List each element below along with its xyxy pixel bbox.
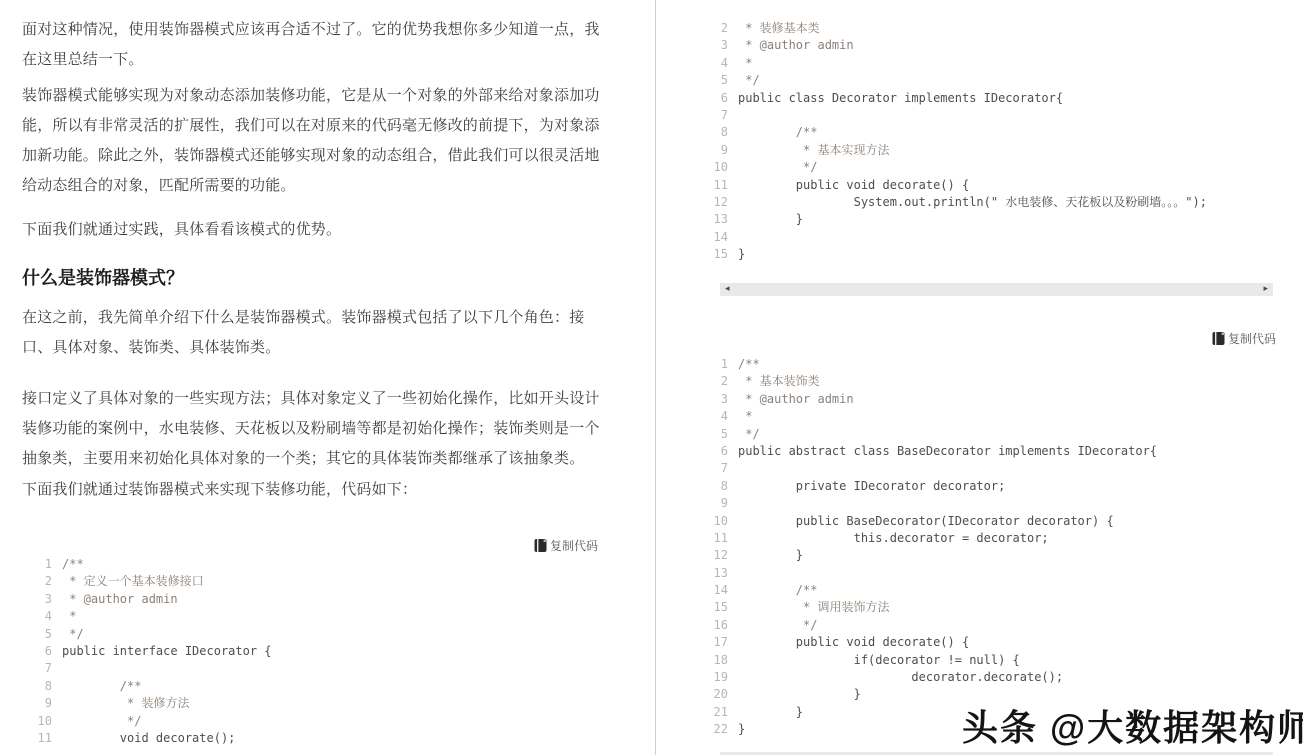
code-line: 19 decorator.decorate(); <box>680 669 1280 686</box>
code-line: 13 } <box>680 211 1280 228</box>
code-line: 4 * <box>680 55 1280 72</box>
paragraph-practice: 下面我们就通过实践，具体看看该模式的优势。 <box>22 215 600 245</box>
code-line: 2 * 定义一个基本装修接口 <box>22 573 622 590</box>
code-line: 2 * 基本装饰类 <box>680 373 1280 390</box>
line-number: 4 <box>680 408 728 425</box>
line-number: 11 <box>680 177 728 194</box>
code-line: 1/** <box>22 556 622 573</box>
code-line: 3 * @author admin <box>680 391 1280 408</box>
line-number: 1 <box>22 556 52 573</box>
code-line: 9 * 装修方法 <box>22 695 622 712</box>
code-line: 13 <box>680 565 1280 582</box>
code-line: 11 this.decorator = decorator; <box>680 530 1280 547</box>
code-line: 9 <box>680 495 1280 512</box>
code-line: 5 */ <box>680 426 1280 443</box>
copy-code-label: 复制代码 <box>1228 332 1276 346</box>
code-line: 12 System.out.println(" 水电装修、天花板以及粉刷墙。。。… <box>680 194 1280 211</box>
line-number: 9 <box>22 695 52 712</box>
scroll-right-arrow-icon[interactable]: ▸ <box>1263 283 1268 296</box>
horizontal-scrollbar[interactable]: ◂ ▸ <box>720 283 1273 296</box>
code-text: } <box>738 211 803 228</box>
code-text: public class Decorator implements IDecor… <box>738 90 1063 107</box>
copy-code-button-left[interactable]: 复制代码 <box>22 538 598 554</box>
code-text: * <box>62 608 76 625</box>
code-line: 8 private IDecorator decorator; <box>680 478 1280 495</box>
column-divider <box>655 0 656 755</box>
code-line: 5 */ <box>680 72 1280 89</box>
code-line: 14 /** <box>680 582 1280 599</box>
section-heading: 什么是装饰器模式？ <box>22 266 600 290</box>
code-block-idecorator: 1/**2 * 定义一个基本装修接口3 * @author admin4 *5 … <box>22 556 622 747</box>
code-text: System.out.println(" 水电装修、天花板以及粉刷墙。。。"); <box>738 194 1207 211</box>
line-number: 2 <box>22 573 52 590</box>
code-line: 7 <box>680 107 1280 124</box>
code-text: * @author admin <box>738 391 854 408</box>
line-number: 13 <box>680 211 728 228</box>
code-line: 8 /** <box>680 124 1280 141</box>
code-block-basedecorator: 1/**2 * 基本装饰类3 * @author admin4 *5 */6pu… <box>680 356 1280 739</box>
watermark: 头条 @大数据架构师 <box>962 700 1303 751</box>
code-line: 7 <box>680 460 1280 477</box>
code-text: public void decorate() { <box>738 634 969 651</box>
line-number: 10 <box>22 713 52 730</box>
code-text: */ <box>738 159 817 176</box>
code-line: 15 * 调用装饰方法 <box>680 599 1280 616</box>
code-text: /** <box>738 582 817 599</box>
line-number: 14 <box>680 229 728 246</box>
line-number: 17 <box>680 634 728 651</box>
code-text: /** <box>738 124 817 141</box>
code-text: * <box>738 55 752 72</box>
code-text: public interface IDecorator { <box>62 643 272 660</box>
code-line: 1/** <box>680 356 1280 373</box>
code-line: 14 <box>680 229 1280 246</box>
code-text: /** <box>62 556 84 573</box>
paragraph-intro: 面对这种情况，使用装饰器模式应该再合适不过了。它的优势我想你多少知道一点，我在这… <box>22 15 600 75</box>
paragraph-code-intro: 下面我们就通过装饰器模式来实现下装修功能，代码如下： <box>22 475 600 505</box>
code-line: 3 * @author admin <box>680 37 1280 54</box>
code-line: 15} <box>680 246 1280 263</box>
line-number: 3 <box>22 591 52 608</box>
line-number: 13 <box>680 565 728 582</box>
code-text: * @author admin <box>738 37 854 54</box>
code-text: * @author admin <box>62 591 178 608</box>
line-number: 16 <box>680 617 728 634</box>
code-line: 11 public void decorate() { <box>680 177 1280 194</box>
line-number: 9 <box>680 495 728 512</box>
code-line: 6public abstract class BaseDecorator imp… <box>680 443 1280 460</box>
line-number: 11 <box>680 530 728 547</box>
line-number: 6 <box>22 643 52 660</box>
code-text: */ <box>62 626 84 643</box>
code-text: */ <box>62 713 141 730</box>
copy-icon <box>1212 331 1225 346</box>
code-block-decorator: 2 * 装修基本类3 * @author admin4 *5 */6public… <box>680 20 1280 263</box>
line-number: 6 <box>680 90 728 107</box>
code-text: } <box>738 246 745 263</box>
code-line: 10 public BaseDecorator(IDecorator decor… <box>680 513 1280 530</box>
code-text: * 调用装饰方法 <box>738 599 889 616</box>
code-text: decorator.decorate(); <box>738 669 1063 686</box>
code-line: 16 */ <box>680 617 1280 634</box>
line-number: 5 <box>680 426 728 443</box>
code-text: * 基本实现方法 <box>738 142 889 159</box>
code-text: * 定义一个基本装修接口 <box>62 573 204 590</box>
line-number: 15 <box>680 246 728 263</box>
line-number: 1 <box>680 356 728 373</box>
code-text: /** <box>738 356 760 373</box>
code-line: 5 */ <box>22 626 622 643</box>
paragraph-roles: 在这之前，我先简单介绍下什么是装饰器模式。装饰器模式包括了以下几个角色：接口、具… <box>22 303 600 363</box>
code-text: if(decorator != null) { <box>738 652 1020 669</box>
line-number: 8 <box>680 124 728 141</box>
line-number: 6 <box>680 443 728 460</box>
copy-code-button-right[interactable]: 复制代码 <box>700 331 1276 347</box>
code-text: */ <box>738 617 817 634</box>
code-line: 2 * 装修基本类 <box>680 20 1280 37</box>
line-number: 7 <box>680 107 728 124</box>
code-line: 6public class Decorator implements IDeco… <box>680 90 1280 107</box>
line-number: 4 <box>22 608 52 625</box>
code-text: public BaseDecorator(IDecorator decorato… <box>738 513 1114 530</box>
line-number: 15 <box>680 599 728 616</box>
line-number: 8 <box>680 478 728 495</box>
line-number: 12 <box>680 194 728 211</box>
line-number: 10 <box>680 513 728 530</box>
code-line: 4 * <box>680 408 1280 425</box>
code-text: * 基本装饰类 <box>738 373 820 390</box>
code-text: private IDecorator decorator; <box>738 478 1005 495</box>
line-number: 10 <box>680 159 728 176</box>
line-number: 4 <box>680 55 728 72</box>
code-text: } <box>738 704 803 721</box>
code-text: public void decorate() { <box>738 177 969 194</box>
code-line: 8 /** <box>22 678 622 695</box>
line-number: 9 <box>680 142 728 159</box>
code-text: * 装修方法 <box>62 695 189 712</box>
code-text: * 装修基本类 <box>738 20 820 37</box>
code-line: 17 public void decorate() { <box>680 634 1280 651</box>
code-text: void decorate(); <box>62 730 235 747</box>
code-line: 12 } <box>680 547 1280 564</box>
code-text: /** <box>62 678 141 695</box>
line-number: 5 <box>22 626 52 643</box>
line-number: 5 <box>680 72 728 89</box>
code-line: 10 */ <box>22 713 622 730</box>
paragraph-role-details: 接口定义了具体对象的一些实现方法；具体对象定义了一些初始化操作，比如开头设计装修… <box>22 384 600 474</box>
line-number: 7 <box>680 460 728 477</box>
code-text: this.decorator = decorator; <box>738 530 1049 547</box>
code-text: public abstract class BaseDecorator impl… <box>738 443 1157 460</box>
copy-code-label: 复制代码 <box>550 539 598 553</box>
code-line: 3 * @author admin <box>22 591 622 608</box>
paragraph-advantages: 装饰器模式能够实现为对象动态添加装修功能，它是从一个对象的外部来给对象添加功能，… <box>22 81 600 201</box>
copy-icon <box>534 538 547 553</box>
line-number: 3 <box>680 37 728 54</box>
code-line: 6public interface IDecorator { <box>22 643 622 660</box>
line-number: 7 <box>22 660 52 677</box>
line-number: 8 <box>22 678 52 695</box>
line-number: 20 <box>680 686 728 703</box>
code-text: */ <box>738 426 760 443</box>
code-line: 10 */ <box>680 159 1280 176</box>
code-text: */ <box>738 72 760 89</box>
line-number: 22 <box>680 721 728 738</box>
line-number: 21 <box>680 704 728 721</box>
code-line: 11 void decorate(); <box>22 730 622 747</box>
code-line: 4 * <box>22 608 622 625</box>
code-text: } <box>738 686 861 703</box>
code-line: 18 if(decorator != null) { <box>680 652 1280 669</box>
line-number: 2 <box>680 373 728 390</box>
code-line: 9 * 基本实现方法 <box>680 142 1280 159</box>
code-text: } <box>738 547 803 564</box>
line-number: 19 <box>680 669 728 686</box>
line-number: 2 <box>680 20 728 37</box>
scroll-left-arrow-icon[interactable]: ◂ <box>725 283 730 296</box>
code-text: } <box>738 721 745 738</box>
line-number: 12 <box>680 547 728 564</box>
article-page: 面对这种情况，使用装饰器模式应该再合适不过了。它的优势我想你多少知道一点，我在这… <box>0 0 1303 755</box>
code-text: * <box>738 408 752 425</box>
line-number: 14 <box>680 582 728 599</box>
line-number: 18 <box>680 652 728 669</box>
code-line: 7 <box>22 660 622 677</box>
line-number: 11 <box>22 730 52 747</box>
line-number: 3 <box>680 391 728 408</box>
